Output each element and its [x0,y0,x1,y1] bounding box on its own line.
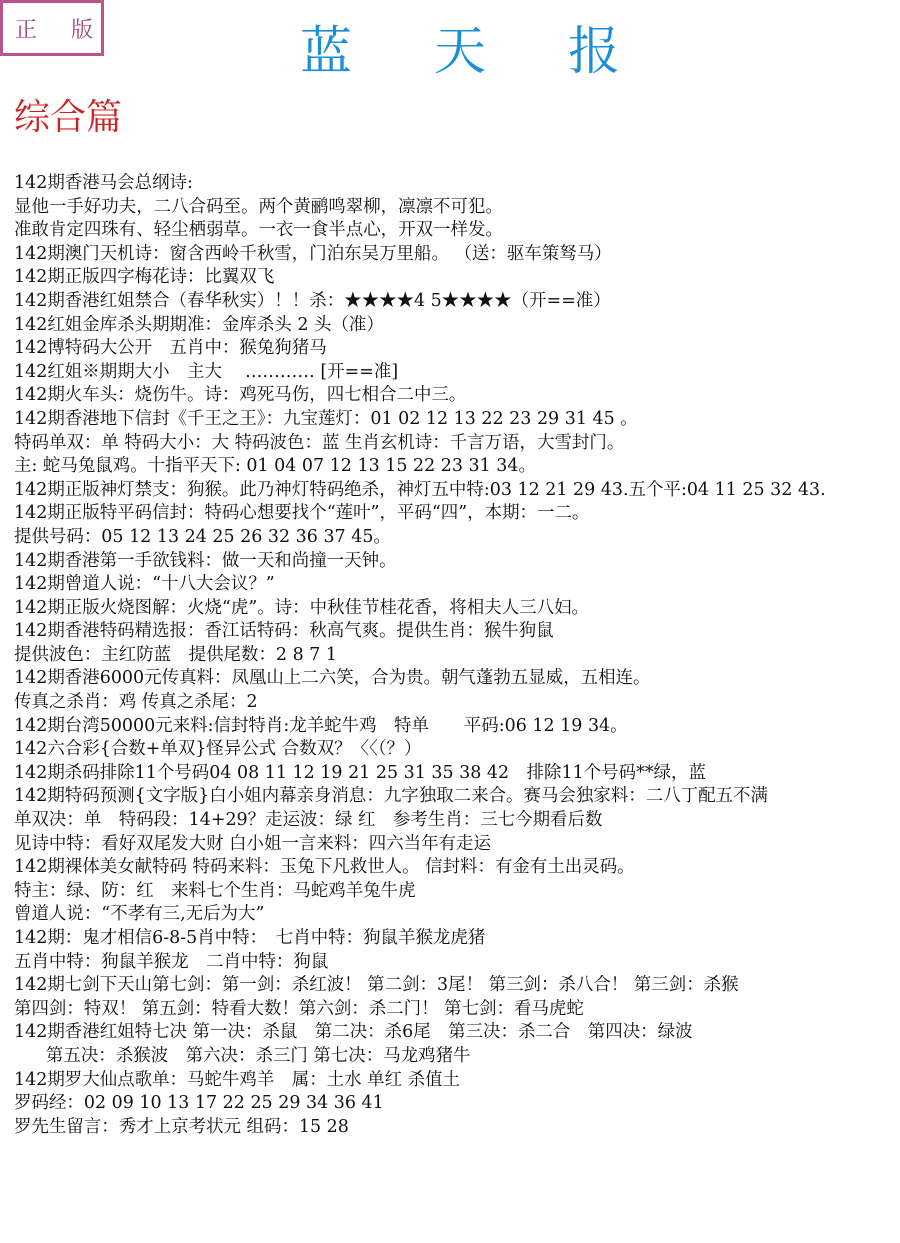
title-char-1: 蓝 [300,22,352,82]
text-line: 142期香港马会总纲诗: [14,172,898,196]
text-line: 罗码经：02 09 10 13 17 22 25 29 34 36 41 [14,1092,898,1116]
text-line: 显他一手好功夫，二八合码至。两个黄鹂鸣翠柳，凛凛不可犯。 [14,196,898,220]
text-line: 142红姐※期期大小 主大 ………… [开==准] [14,361,898,385]
text-line: 142期杀码排除11个号码04 08 11 12 19 21 25 31 35 … [14,762,898,786]
text-line: 142期澳门天机诗：窗含西岭千秋雪，门泊东吴万里船。 （送：驱车策驽马） [14,243,898,267]
text-line: 第五决：杀猴波 第六决：杀三门 第七决：马龙鸡猪牛 [14,1045,898,1069]
text-line: 142期：鬼才相信6-8-5肖中特： 七肖中特：狗鼠羊猴龙虎猪 [14,927,898,951]
text-line: 142期特码预测{文字版}白小姐内幕亲身消息：九字独取二来合。赛马会独家料：二八… [14,785,898,809]
text-line: 142期正版四字梅花诗：比翼双飞 [14,266,898,290]
text-line: 142期正版火烧图解：火烧“虎”。诗：中秋佳节桂花香，将相夫人三八妇。 [14,597,898,621]
text-line: 准敢肯定四珠有、轻尘栖弱草。一衣一食半点心，开双一样发。 [14,219,898,243]
text-line: 传真之杀肖：鸡 传真之杀尾：2 [14,691,898,715]
badge-char-1: 正 [15,13,37,44]
text-line: 142期香港特码精选报：香江话特码：秋高气爽。提供生肖：猴牛狗鼠 [14,620,898,644]
text-line: 142期香港第一手欲钱料：做一天和尚撞一天钟。 [14,550,898,574]
text-line: 142期香港地下信封《千王之王》：九宝莲灯：01 02 12 13 22 23 … [14,408,898,432]
official-edition-badge: 正 版 [0,0,104,56]
title-char-3: 报 [568,22,620,82]
text-line: 142期香港红姐特七决 第一决：杀鼠 第二决：杀6尾 第三决：杀二合 第四决：绿… [14,1021,898,1045]
text-line: 142期香港6000元传真料：凤凰山上二六笑，合为贵。朝气蓬勃五显威，五相连。 [14,667,898,691]
text-line: 提供波色：主红防蓝 提供尾数：2 8 7 1 [14,644,898,668]
text-line: 见诗中特：看好双尾发大财 白小姐一言来料：四六当年有走运 [14,833,898,857]
text-line: 142期台湾50000元来料:信封特肖:龙羊蛇牛鸡 特单 平码:06 12 19… [14,715,898,739]
text-line: 特码单双：单 特码大小：大 特码波色：蓝 生肖玄机诗：千言万语，大雪封门。 [14,432,898,456]
text-line: 142期七剑下天山第七剑：第一剑：杀红波！ 第二剑：3尾！ 第三剑：杀八合！ 第… [14,974,898,998]
text-line: 曾道人说：“不孝有三,无后为大” [14,903,898,927]
text-line: 142六合彩{合数+单双}怪异公式 合数双？〈〈（？） [14,738,898,762]
text-line: 142期火车头：烧伤牛。诗：鸡死马伤，四七相合二中三。 [14,384,898,408]
text-line: 142红姐金库杀头期期准：金库杀头 2 头（准） [14,314,898,338]
section-title: 综合篇 [14,96,122,140]
text-line: 主: 蛇马兔鼠鸡。十指平天下: 01 04 07 12 13 15 22 23 … [14,455,898,479]
text-line: 142期罗大仙点歌单：马蛇牛鸡羊 属：土水 单红 杀值土 [14,1069,898,1093]
text-line: 提供号码：05 12 13 24 25 26 32 36 37 45。 [14,526,898,550]
page-title: 蓝 天 报 [300,22,620,82]
text-line: 特主：绿、防：红 来料七个生肖：马蛇鸡羊兔牛虎 [14,880,898,904]
text-line: 142期香港红姐禁合（春华秋实）！！杀：★★★★4 5★★★★（开==准） [14,290,898,314]
text-line: 142期曾道人说：“十八大会议？” [14,573,898,597]
badge-char-2: 版 [71,13,93,44]
text-line: 五肖中特：狗鼠羊猴龙 二肖中特：狗鼠 [14,951,898,975]
text-line: 142博特码大公开 五肖中：猴兔狗猪马 [14,337,898,361]
title-char-2: 天 [434,22,486,82]
text-line: 142期裸体美女献特码 特码来料：玉兔下凡救世人。 信封料：有金有土出灵码。 [14,856,898,880]
text-line: 142期正版神灯禁支：狗猴。此乃神灯特码绝杀，神灯五中特:03 12 21 29… [14,479,898,503]
article-body: 142期香港马会总纲诗: 显他一手好功夫，二八合码至。两个黄鹂鸣翠柳，凛凛不可犯… [14,172,900,1139]
text-line: 罗先生留言：秀才上京考状元 组码：15 28 [14,1116,898,1140]
text-line: 第四剑：特双！ 第五剑：特看大数！第六剑：杀二门！ 第七剑：看马虎蛇 [14,998,898,1022]
text-line: 单双决：单 特码段：14+29？走运波：绿 红 参考生肖：三七今期看后数 [14,809,898,833]
text-line: 142期正版特平码信封：特码心想要找个“莲叶”，平码“四”，本期：一二。 [14,502,898,526]
